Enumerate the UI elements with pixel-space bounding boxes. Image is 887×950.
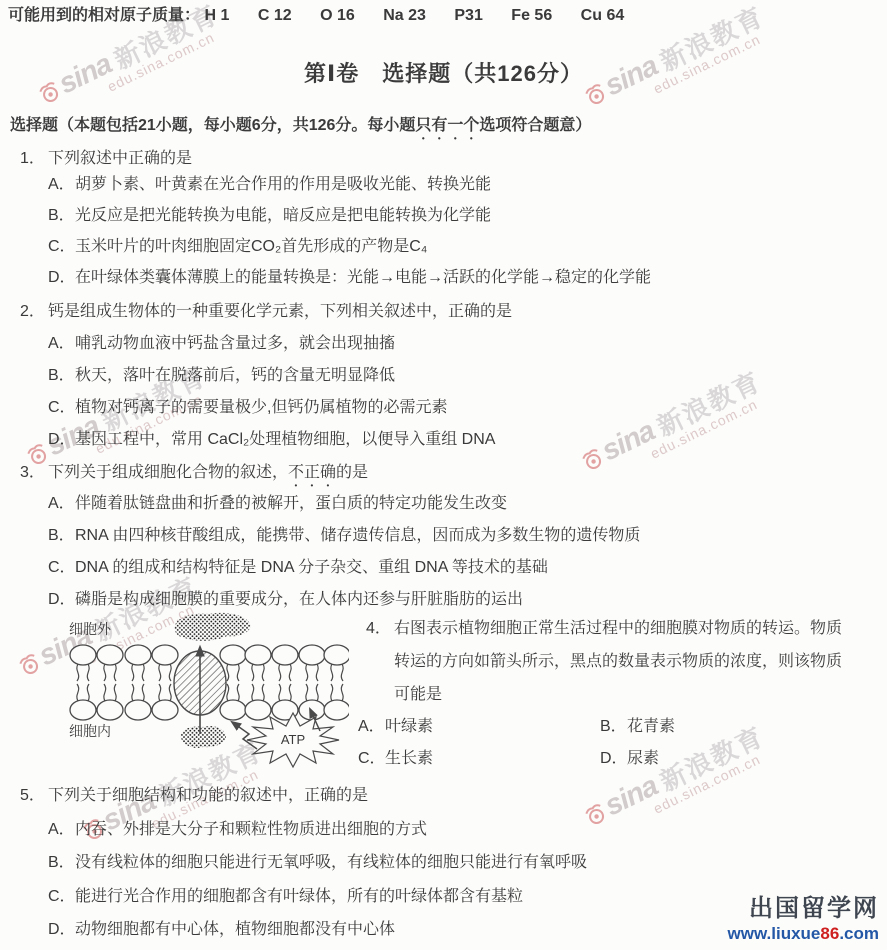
exam-paper-page: sina 新浪教育 edu.sina.com.cn sina 新浪教育 edu.… xyxy=(0,0,887,950)
question-number: 3． xyxy=(20,464,48,482)
element-mass-item: O 16 xyxy=(320,7,355,24)
option-text: 尿素 xyxy=(627,750,659,767)
option-text: 光反应是把光能转换为电能，暗反应是把电能转换为化学能 xyxy=(75,207,491,224)
option-label: A． xyxy=(48,821,75,839)
question-stem-text: 转运的方向如箭头所示，黑点的数量表示物质的浓度，则该物质 xyxy=(394,653,842,670)
option-text: 动物细胞都有中心体，植物细胞都没有中心体 xyxy=(75,921,395,938)
option-label: B． xyxy=(48,854,75,872)
question-3-option-a: A．伴随着肽链盘曲和折叠的被解开，蛋白质的特定功能发生改变 xyxy=(48,495,507,513)
option-label: D． xyxy=(48,591,75,609)
element-mass-item: Cu 64 xyxy=(581,7,625,24)
question-stem-emphasis: 不正确 xyxy=(288,464,336,481)
option-label: A． xyxy=(48,495,75,513)
option-text: 哺乳动物血液中钙盐含量过多，就会出现抽搐 xyxy=(75,335,395,352)
question-4-option-b: B．花青素 xyxy=(600,718,675,736)
question-2-stem: 2．钙是组成生物体的一种重要化学元素，下列相关叙述中，正确的是 xyxy=(20,303,512,321)
option-label: D． xyxy=(48,431,75,449)
option-text: 没有线粒体的细胞只能进行无氧呼吸，有线粒体的细胞只能进行有氧呼吸 xyxy=(75,854,587,871)
option-label: C． xyxy=(48,238,75,256)
option-label: C． xyxy=(48,888,75,906)
element-mass-item: Fe 56 xyxy=(511,7,552,24)
option-text: RNA 由四种核苷酸组成，能携带、储存遗传信息，因而成为多数生物的遗传物质 xyxy=(75,527,640,544)
question-2-option-a: A．哺乳动物血液中钙盐含量过多，就会出现抽搐 xyxy=(48,335,395,353)
section-instructions: 选择题（本题包括21小题，每小题6分，共126分。每小题只有一个选项符合题意） xyxy=(10,117,591,143)
option-text: 磷脂是构成细胞膜的重要成分，在人体内还参与肝脏脂肪的运出 xyxy=(75,591,523,608)
question-number: 1． xyxy=(20,150,48,168)
question-2-option-b: B．秋天，落叶在脱落前后，钙的含量无明显降低 xyxy=(48,367,395,385)
question-2-option-d: D．基因工程中，常用 CaCl₂处理植物细胞，以便导入重组 DNA xyxy=(48,431,495,449)
option-label: A． xyxy=(48,176,75,194)
watermark-logo-text: sina xyxy=(600,770,663,823)
element-mass-item: C 12 xyxy=(258,7,292,24)
question-4-stem-line-1: 4．右图表示植物细胞正常生活过程中的细胞膜对物质的转运。物质 xyxy=(366,620,842,638)
question-4-option-a: A．叶绿素 xyxy=(358,718,433,736)
question-5-option-b: B．没有线粒体的细胞只能进行无氧呼吸，有线粒体的细胞只能进行有氧呼吸 xyxy=(48,854,587,872)
cell-membrane-diagram: 细胞外 细胞内 ATP xyxy=(57,610,349,772)
option-label: C． xyxy=(358,750,385,768)
option-label: D． xyxy=(600,750,627,768)
question-3-stem: 3．下列关于组成细胞化合物的叙述，不正确的是 xyxy=(20,464,368,490)
url-part: .com xyxy=(839,924,879,943)
instructions-emphasis: 只有一个 xyxy=(415,117,479,134)
question-number: 2． xyxy=(20,303,48,321)
option-text: DNA 的组成和结构特征是 DNA 分子杂交、重组 DNA 等技术的基础 xyxy=(75,559,548,576)
diagram-label-inside: 细胞内 xyxy=(69,723,111,739)
dot-cluster-inside xyxy=(181,726,226,748)
instructions-pre: 选择题（本题包括21小题，每小题6分，共126分。每小题 xyxy=(10,117,415,134)
question-1-stem: 1．下列叙述中正确的是 xyxy=(20,150,192,168)
option-text: 植物对钙离子的需要量极少,但钙仍属植物的必需元素 xyxy=(75,399,447,416)
question-5-option-a: A．内吞、外排是大分子和颗粒性物质进出细胞的方式 xyxy=(48,821,427,839)
option-text: 在叶绿体类囊体薄膜上的能量转换是：光能→电能→活跃的化学能→稳定的化学能 xyxy=(75,269,651,286)
option-text: 伴随着肽链盘曲和折叠的被解开，蛋白质的特定功能发生改变 xyxy=(75,495,507,512)
option-text: 基因工程中，常用 CaCl₂处理植物细胞，以便导入重组 DNA xyxy=(75,431,495,448)
option-label: D． xyxy=(48,921,75,939)
question-5-option-c: C．能进行光合作用的细胞都含有叶绿体，所有的叶绿体都含有基粒 xyxy=(48,888,523,906)
question-3-option-b: B．RNA 由四种核苷酸组成，能携带、储存遗传信息，因而成为多数生物的遗传物质 xyxy=(48,527,640,545)
sina-watermark: sina 新浪教育 edu.sina.com.cn xyxy=(574,361,771,490)
question-3-option-c: C．DNA 的组成和结构特征是 DNA 分子杂交、重组 DNA 等技术的基础 xyxy=(48,559,548,577)
option-label: B． xyxy=(600,718,627,736)
question-5-stem: 5．下列关于细胞结构和功能的叙述中，正确的是 xyxy=(20,787,368,805)
url-part: www.liuxue xyxy=(728,924,821,943)
option-label: C． xyxy=(48,559,75,577)
question-stem-text: 可能是 xyxy=(394,686,442,703)
question-4-option-c: C．生长素 xyxy=(358,750,433,768)
question-number: 4． xyxy=(366,620,394,638)
diagram-label-outside: 细胞外 xyxy=(69,621,112,637)
site-credit: 出国留学网 www.liuxue86.com xyxy=(728,888,880,944)
atomic-mass-prefix: 可能用到的相对原子质量： xyxy=(8,7,200,24)
question-2-option-c: C．植物对钙离子的需要量极少,但钙仍属植物的必需元素 xyxy=(48,399,447,417)
site-credit-url: www.liuxue86.com xyxy=(728,924,880,944)
watermark-logo-text: sina xyxy=(597,415,660,468)
instructions-post: 选项符合题意） xyxy=(479,117,591,134)
atp-label: ATP xyxy=(281,732,305,747)
option-text: 花青素 xyxy=(627,718,675,735)
question-4-stem-line-2: 转运的方向如箭头所示，黑点的数量表示物质的浓度，则该物质 xyxy=(394,653,842,671)
option-text: 秋天，落叶在脱落前后，钙的含量无明显降低 xyxy=(75,367,395,384)
question-number: 5． xyxy=(20,787,48,805)
option-label: A． xyxy=(358,718,385,736)
watermark-row: sina 新浪教育 xyxy=(574,361,766,480)
option-text: 生长素 xyxy=(385,750,433,767)
question-1-option-c: C．玉米叶片的叶肉细胞固定CO₂首先形成的产物是C₄ xyxy=(48,238,427,256)
option-text: 胡萝卜素、叶黄素在光合作用的作用是吸收光能、转换光能 xyxy=(75,176,491,193)
atomic-mass-header: 可能用到的相对原子质量： H 1 C 12 O 16 Na 23 P31 Fe … xyxy=(8,7,648,25)
question-stem-text: 的是 xyxy=(336,464,368,481)
element-mass-item: Na 23 xyxy=(383,7,426,24)
option-label: D． xyxy=(48,269,75,287)
question-1-option-a: A．胡萝卜素、叶黄素在光合作用的作用是吸收光能、转换光能 xyxy=(48,176,491,194)
question-1-option-d: D．在叶绿体类囊体薄膜上的能量转换是：光能→电能→活跃的化学能→稳定的化学能 xyxy=(48,269,651,287)
atp-energy-arrow xyxy=(232,722,257,749)
url-part: 86 xyxy=(820,924,839,943)
option-label: B． xyxy=(48,527,75,545)
atp-starburst: ATP xyxy=(247,713,339,767)
dot-cluster-outside xyxy=(175,613,251,641)
option-label: A． xyxy=(48,335,75,353)
option-text: 内吞、外排是大分子和颗粒性物质进出细胞的方式 xyxy=(75,821,427,838)
option-label: C． xyxy=(48,399,75,417)
question-stem-text: 右图表示植物细胞正常生活过程中的细胞膜对物质的转运。物质 xyxy=(394,620,842,637)
question-1-option-b: B．光反应是把光能转换为电能，暗反应是把电能转换为化学能 xyxy=(48,207,491,225)
option-text: 玉米叶片的叶肉细胞固定CO₂首先形成的产物是C₄ xyxy=(75,238,427,255)
question-5-option-d: D．动物细胞都有中心体，植物细胞都没有中心体 xyxy=(48,921,395,939)
option-text: 叶绿素 xyxy=(385,718,433,735)
question-3-option-d: D．磷脂是构成细胞膜的重要成分，在人体内还参与肝脏脂肪的运出 xyxy=(48,591,523,609)
site-credit-name: 出国留学网 xyxy=(728,888,880,923)
option-label: B． xyxy=(48,207,75,225)
question-stem-text: 下列叙述中正确的是 xyxy=(48,150,192,167)
question-stem-text: 钙是组成生物体的一种重要化学元素，下列相关叙述中，正确的是 xyxy=(48,303,512,320)
section-title: 第Ⅰ卷 选择题（共126分） xyxy=(0,57,887,88)
option-text: 能进行光合作用的细胞都含有叶绿体，所有的叶绿体都含有基粒 xyxy=(75,888,523,905)
question-4-option-d: D．尿素 xyxy=(600,750,659,768)
question-stem-text: 下列关于细胞结构和功能的叙述中，正确的是 xyxy=(48,787,368,804)
element-mass-item: P31 xyxy=(454,7,482,24)
question-4-stem-line-3: 可能是 xyxy=(394,686,442,704)
option-label: B． xyxy=(48,367,75,385)
question-stem-text: 下列关于组成细胞化合物的叙述， xyxy=(48,464,288,481)
element-mass-item: H 1 xyxy=(204,7,229,24)
